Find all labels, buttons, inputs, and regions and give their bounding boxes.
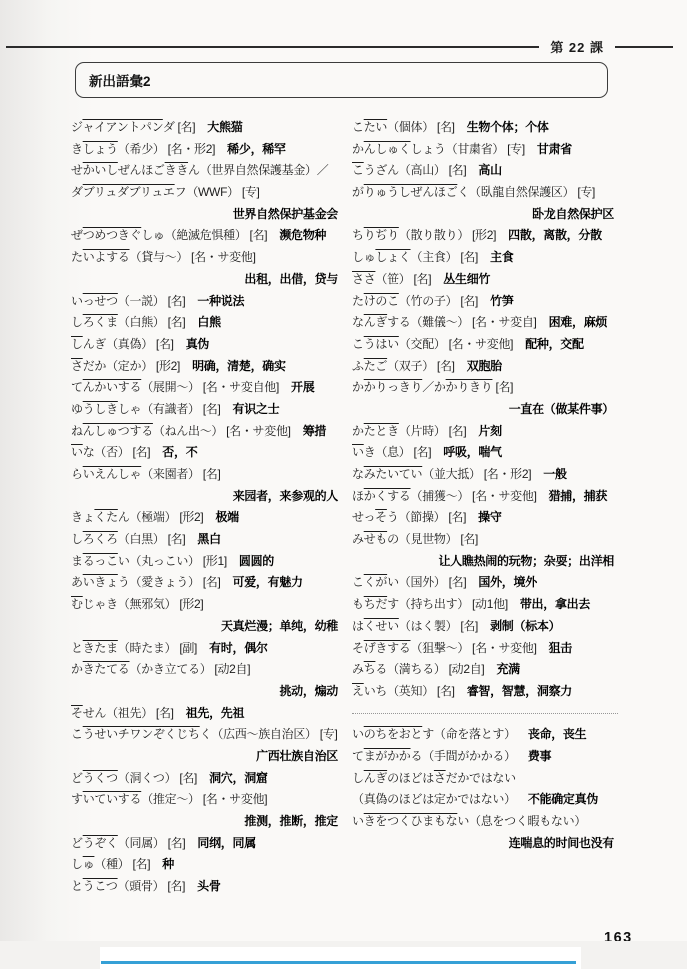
- gloss-cn: 同纲，同属: [197, 836, 256, 850]
- pos-tag: [名・形2]: [168, 142, 216, 156]
- gloss-continuation-line: 出租，出借，贷与: [71, 269, 348, 291]
- pitch-accent-mark: げきする: [364, 641, 411, 655]
- pos-tag: [名・サ変自]: [472, 315, 537, 329]
- gloss-cn: 极端: [215, 510, 238, 524]
- pos-tag: [形2]: [179, 510, 203, 524]
- pitch-accent-mark: くせい: [364, 619, 399, 633]
- pos-tag: [名]: [460, 294, 478, 308]
- pos-tag: [名]: [460, 619, 478, 633]
- headword-jp: しゅ（種）: [71, 857, 130, 871]
- gloss-continuation-line: 世界自然保护基金会: [71, 204, 348, 226]
- vocab-entry-line: ちりぢり（散り散り）[形2]四散，离散，分散: [352, 225, 624, 247]
- vocab-column-right: こたい（個体）[名]生物个体；个体かんしゅくしょう（甘粛省）[专]甘肃省こうざん…: [352, 117, 624, 854]
- pitch-accent-mark: ブリュダブリュエ: [83, 185, 175, 199]
- pitch-accent-mark: そ: [71, 706, 83, 720]
- gloss-cn: 来园者，来参观的人: [233, 489, 338, 503]
- pos-tag: [名・サ変他]: [472, 641, 537, 655]
- pitch-accent-mark: い: [352, 445, 364, 459]
- pos-tag: [名]: [449, 575, 467, 589]
- vocab-entry-line: きょくたん（極端）[形2]极端: [71, 507, 348, 529]
- pos-tag: [名・サ変他]: [449, 337, 514, 351]
- headword-jp: いきをつくひまもない（息をつく暇もない）: [352, 814, 586, 828]
- gloss-cn: 出租，出借，贷与: [244, 272, 338, 286]
- pos-tag: [形2]: [472, 228, 496, 242]
- section-title: 新出語彙2: [89, 70, 151, 90]
- gloss-continuation-line: 天真烂漫；单纯，幼稚: [71, 616, 348, 638]
- headword-jp: ゆうしきしゃ（有識者）: [71, 402, 200, 416]
- headword-jp: いき（息）: [352, 445, 411, 459]
- headword-jp: せっそう（節操）: [352, 510, 445, 524]
- headword-jp: こくがい（国外）: [352, 575, 446, 589]
- pitch-accent-mark: む: [71, 597, 83, 611]
- vocab-entry-line: むじゃき（無邪気）[形2]: [71, 594, 348, 616]
- pos-tag: [名]: [156, 337, 174, 351]
- pitch-accent-mark: たご: [364, 359, 387, 373]
- gloss-cn: 稀少，稀罕: [227, 142, 286, 156]
- pos-tag: [名・サ変自他]: [203, 380, 279, 394]
- headword-jp: みちる（満ちる）: [352, 662, 446, 676]
- vocab-entry-line: もちだす（持ち出す）[动1他]带出，拿出去: [352, 594, 624, 616]
- pos-tag: [专]: [320, 727, 338, 741]
- gloss-continuation-line: 挑动，煽动: [71, 681, 348, 703]
- headword-jp: そせん（祖先）: [71, 706, 153, 720]
- vocab-entry-line: こたい（個体）[名]生物个体；个体: [352, 117, 624, 139]
- gloss-continuation-line: 让人瞧热闹的玩物；杂耍；出洋相: [352, 551, 624, 573]
- headword-jp: かかりっきり／かかりきり: [352, 380, 492, 394]
- gloss-cn: 大熊猫: [207, 120, 242, 134]
- vocab-entry-line: こくがい（国外）[名]国外，境外: [352, 572, 624, 594]
- gloss-cn: 剥制（标本）: [490, 619, 560, 633]
- headword-jp: いのちをおとす（命を落とす）: [352, 727, 516, 741]
- headword-jp: どうくつ（洞くつ）: [71, 771, 176, 785]
- gloss-cn: 连喘息的时间也没有: [509, 836, 614, 850]
- headword-jp: どうぞく（同属）: [71, 836, 165, 850]
- gloss-continuation-line: 来园者，来参观的人: [71, 486, 348, 508]
- vocab-entry-line: とうこつ（頭骨）[名]头骨: [71, 876, 348, 898]
- vocab-column-left: ジャイアントパンダ[名]大熊猫きしょう（希少）[名・形2]稀少，稀罕せかいしぜん…: [71, 117, 348, 898]
- gloss-cn: 困难，麻烦: [549, 315, 608, 329]
- gloss-cn: 充满: [496, 662, 519, 676]
- pitch-accent-mark: かくする: [364, 489, 411, 503]
- headword-jp: まるっこい（丸っこい）: [71, 554, 200, 568]
- pitch-accent-mark: たい: [364, 120, 387, 134]
- headword-jp: むじゃき（無邪気）: [71, 597, 176, 611]
- pos-tag: [名・サ変他]: [472, 489, 537, 503]
- gloss-cn: 不能确定真伪: [528, 792, 598, 806]
- pitch-accent-mark: しょう: [83, 142, 118, 156]
- gloss-cn: 双胞胎: [467, 359, 502, 373]
- gloss-cn: 生物个体；个体: [467, 120, 549, 134]
- gloss-cn: 一般: [543, 467, 566, 481]
- headword-jp: たいよする（貸与～）: [71, 250, 188, 264]
- gloss-cn: 濒危物种: [279, 228, 326, 242]
- vocab-entry-line: しんぎ（真偽）[名]真伪: [71, 334, 348, 356]
- vocab-entry-line: そせん（祖先）[名]祖先，先祖: [71, 703, 348, 725]
- headword-jp: すいていする（推定～）: [71, 792, 200, 806]
- vocab-entry-line: ジャイアントパンダ[名]大熊猫: [71, 117, 348, 139]
- pitch-accent-mark: んしゅく: [364, 142, 411, 156]
- pos-tag: [名]: [167, 879, 185, 893]
- headword-jp: がりゅうしぜんほごく（臥龍自然保護区）: [352, 185, 574, 199]
- pos-tag: [名・サ変他]: [191, 250, 256, 264]
- headword-jp: なみたいてい（並大抵）: [352, 467, 481, 481]
- pos-tag: [名]: [168, 315, 186, 329]
- gloss-cn: 丧命，丧生: [528, 727, 587, 741]
- gloss-cn: 圆圆的: [239, 554, 274, 568]
- vocab-entry-line: しゅ（種）[名]种: [71, 854, 348, 876]
- gloss-cn: 甘肃省: [537, 142, 572, 156]
- gloss-cn: 挑动，煽动: [279, 684, 338, 698]
- gloss-cn: 头骨: [197, 879, 220, 893]
- vocab-entries-right: こたい（個体）[名]生物个体；个体かんしゅくしょう（甘粛省）[专]甘肃省こうざん…: [352, 117, 624, 703]
- pitch-accent-mark: りぢり: [364, 228, 399, 242]
- pitch-accent-mark: きたてる: [83, 662, 130, 676]
- vocab-entry-line: あいきょう（愛きょう）[名]可爱，有魅力: [71, 572, 348, 594]
- headword-jp: えいち（英知）: [352, 684, 434, 698]
- gloss-cn: 广西壮族自治区: [256, 749, 338, 763]
- pitch-accent-mark: うこつ: [83, 879, 118, 893]
- pos-tag: [名]: [133, 857, 151, 871]
- headword-jp: いな（否）: [71, 445, 130, 459]
- vocab-entry-line: かたとき（片時）[名]片刻: [352, 421, 624, 443]
- gloss-cn: 卧龙自然保护区: [532, 207, 614, 221]
- pos-tag: [动2自]: [214, 662, 250, 676]
- headword-jp: いっせつ（一説）: [71, 294, 165, 308]
- gloss-cn: 祖先，先祖: [186, 706, 245, 720]
- pos-tag: [名]: [250, 228, 268, 242]
- pitch-accent-mark: っせつ: [83, 294, 118, 308]
- vocab-entry-line: いな（否）[名]否，不: [71, 442, 348, 464]
- headword-jp: みせもの（見世物）: [352, 532, 457, 546]
- header-rule-right: [615, 46, 673, 48]
- pitch-accent-mark: ろくろ: [83, 532, 118, 546]
- headword-jp: なんぎする（難儀～）: [352, 315, 469, 329]
- pitch-accent-mark: けのこ: [364, 294, 399, 308]
- gloss-cn: 天真烂漫；单纯，幼稚: [221, 619, 338, 633]
- headword-jp: ちりぢり（散り散り）: [352, 228, 469, 242]
- vocab-entry-line: みせもの（見世物）[名]: [352, 529, 624, 551]
- pitch-accent-mark: きたま: [83, 641, 118, 655]
- pitch-accent-mark: うしき: [83, 402, 118, 416]
- vocab-entry-line: こうはい（交配）[名・サ変他]配种，交配: [352, 334, 624, 356]
- gloss-cn: 种: [162, 857, 174, 871]
- pos-tag: [名]: [414, 445, 432, 459]
- pos-tag: [名]: [437, 120, 455, 134]
- pos-tag: [专]: [577, 185, 595, 199]
- headword-jp: ジャイアントパンダ: [71, 120, 175, 134]
- vocab-entry-line: てんかいする（展開～）[名・サ変自他]开展: [71, 377, 348, 399]
- pitch-accent-mark: りゅうしぜんほご: [364, 185, 458, 199]
- vocab-entry-line: てまがかかる（手間がかかる）费事: [352, 746, 624, 768]
- gloss-cn: 主食: [490, 250, 513, 264]
- pos-tag: [名]: [495, 380, 513, 394]
- vocab-entry-line: たいよする（貸与～）[名・サ変他]: [71, 247, 348, 269]
- headword-jp: しろくま（白熊）: [71, 315, 165, 329]
- gloss-cn: 操守: [478, 510, 501, 524]
- pos-tag: [名]: [168, 836, 186, 850]
- headword-jp: あいきょう（愛きょう）: [71, 575, 200, 589]
- gloss-cn: 真伪: [186, 337, 209, 351]
- gloss-cn: 片刻: [478, 424, 501, 438]
- pitch-accent-mark: いよする: [83, 250, 130, 264]
- pitch-accent-mark: え: [352, 684, 364, 698]
- headword-jp: さだか（定か）: [71, 359, 153, 373]
- vocab-entry-line: しゅしょく（主食）[名]主食: [352, 247, 624, 269]
- vocab-entry-line: しろくろ（白黒）[名]黑白: [71, 529, 348, 551]
- headword-jp: ときたま（時たま）: [71, 641, 176, 655]
- dotted-separator: [352, 703, 624, 725]
- pitch-accent-mark: うせいチワンぞくじち: [83, 727, 200, 741]
- gloss-cn: 一种说法: [197, 294, 244, 308]
- pitch-accent-mark: うくつ: [83, 771, 118, 785]
- gloss-cn: 猎捕，捕获: [549, 489, 608, 503]
- headword-jp: かんしゅくしょう（甘粛省）: [352, 142, 504, 156]
- pos-tag: [副]: [179, 641, 197, 655]
- pos-tag: [名]: [133, 445, 151, 459]
- pitch-accent-mark: いえんしゃ: [83, 467, 142, 481]
- pos-tag: [名・形2]: [484, 467, 532, 481]
- vocab-entry-line: しんぎのほどはさだかではない: [352, 768, 624, 790]
- vocab-entry-line: きしょう（希少）[名・形2]稀少，稀罕: [71, 139, 348, 161]
- vocab-entry-line: せかいしぜんほごききん（世界自然保護基金）／: [71, 160, 348, 182]
- headword-jp: とうこつ（頭骨）: [71, 879, 164, 893]
- gloss-cn: 费事: [528, 749, 551, 763]
- headword-jp: こうはい（交配）: [352, 337, 446, 351]
- vocab-entry-line: かんしゅくしょう（甘粛省）[专]甘肃省: [352, 139, 624, 161]
- gloss-cn: 白熊: [197, 315, 220, 329]
- textbook-page: 第 22 課 新出語彙2 ジャイアントパンダ[名]大熊猫きしょう（希少）[名・形…: [0, 0, 687, 969]
- gloss-cn: 开展: [291, 380, 314, 394]
- vocab-entry-line: いき（息）[名]呼吸，喘气: [352, 442, 624, 464]
- vocab-entry-line: ダブリュダブリュエフ（WWF）[专]: [71, 182, 348, 204]
- pos-tag: [名]: [449, 424, 467, 438]
- vocab-entry-line: さだか（定か）[形2]明确，清楚，确实: [71, 356, 348, 378]
- gloss-cn: 世界自然保护基金会: [233, 207, 338, 221]
- pitch-accent-mark: しょく: [375, 250, 410, 264]
- lesson-label: 第 22 課: [550, 37, 604, 56]
- pitch-accent-mark: んしゅつする: [83, 424, 153, 438]
- gloss-cn: 有时，偶尔: [209, 641, 268, 655]
- vocab-entry-line: ときたま（時たま）[副]有时，偶尔: [71, 638, 348, 660]
- pitch-accent-mark: さ: [434, 771, 446, 785]
- headword-jp: てまがかかる（手間がかかる）: [352, 749, 516, 763]
- pos-tag: [名]: [460, 250, 478, 264]
- pitch-accent-mark: きをつくひまもな: [364, 814, 458, 828]
- gloss-cn: 洞穴，洞窟: [209, 771, 268, 785]
- pitch-accent-mark: んぎ: [364, 771, 387, 785]
- pitch-accent-mark: いていする: [83, 792, 142, 806]
- gloss-continuation-line: 广西壮族自治区: [71, 746, 348, 768]
- pitch-accent-mark: みたいてい: [364, 467, 423, 481]
- headword-jp: かたとき（片時）: [352, 424, 446, 438]
- vocab-entry-line: ぜつめつきぐしゅ（絶滅危惧種）[名]濒危物种: [71, 225, 348, 247]
- vocab-entry-line: かきたてる（かき立てる）[动2自]: [71, 659, 348, 681]
- vocab-entry-line: しろくま（白熊）[名]白熊: [71, 312, 348, 334]
- headword-jp: ぜつめつきぐしゅ（絶滅危惧種）: [71, 228, 247, 242]
- gloss-cn: 竹笋: [490, 294, 513, 308]
- headword-jp: ほかくする（捕獲～）: [352, 489, 469, 503]
- vocab-entry-line: まるっこい（丸っこい）[形1]圆圆的: [71, 551, 348, 573]
- pitch-accent-mark: くた: [94, 510, 117, 524]
- vocab-entry-line: こうせいチワンぞくじちく（広西～族自治区）[专]: [71, 724, 348, 746]
- pitch-accent-mark: るっこ: [83, 554, 118, 568]
- pitch-accent-mark: うぞく: [83, 836, 118, 850]
- pitch-accent-mark: ャイアントパン: [82, 120, 162, 134]
- pitch-accent-mark: くが: [364, 575, 387, 589]
- pos-tag: [动1他]: [472, 597, 508, 611]
- vocab-entry-line: せっそう（節操）[名]操守: [352, 507, 624, 529]
- pitch-accent-mark: んかいする: [83, 380, 142, 394]
- pos-tag: [名]: [414, 272, 432, 286]
- vocab-entry-line: がりゅうしぜんほごく（臥龍自然保護区）[专]: [352, 182, 624, 204]
- pos-tag: [名]: [449, 163, 467, 177]
- vocab-entry-line: そげきする（狙撃～）[名・サ変他]狙击: [352, 638, 624, 660]
- pitch-accent-mark: ち: [364, 662, 376, 676]
- pitch-accent-mark: うはい: [364, 337, 399, 351]
- pos-tag: [名]: [437, 359, 455, 373]
- gloss-cn: 带出，拿出去: [520, 597, 590, 611]
- headword-jp: てんかいする（展開～）: [71, 380, 200, 394]
- pitch-accent-mark: かいし: [83, 163, 118, 177]
- pos-tag: [名・サ変他]: [203, 792, 268, 806]
- pitch-accent-mark: ちだ: [364, 597, 387, 611]
- gloss-cn: 明确，清楚，确实: [192, 359, 286, 373]
- gloss-cn: 四散，离散，分散: [508, 228, 602, 242]
- pos-tag: [专]: [507, 142, 525, 156]
- pos-tag: [专]: [242, 185, 260, 199]
- vocab-entry-line: いのちをおとす（命を落とす）丧命，丧生: [352, 724, 624, 746]
- gloss-cn: 丛生细竹: [443, 272, 490, 286]
- headword-jp: もちだす（持ち出す）: [352, 597, 469, 611]
- headword-jp: しゅしょく（主食）: [352, 250, 457, 264]
- headword-jp: はくせい（はく製）: [352, 619, 457, 633]
- pos-tag: [形1]: [203, 554, 227, 568]
- headword-jp: ふたご（双子）: [352, 359, 434, 373]
- pitch-accent-mark: ささ: [352, 272, 375, 286]
- vocab-entry-line: どうぞく（同属）[名]同纲，同属: [71, 833, 348, 855]
- pitch-accent-mark: こ: [352, 163, 364, 177]
- headword-jp: かきたてる（かき立てる）: [71, 662, 211, 676]
- vocab-entry-line: ねんしゅつする（ねん出～）[名・サ変他]筹措: [71, 421, 348, 443]
- vocab-entry-line: ささ（笹）[名]丛生细竹: [352, 269, 624, 291]
- vocab-entry-line: いきをつくひまもない（息をつく暇もない）: [352, 811, 624, 833]
- headword-jp: きょくたん（極端）: [71, 510, 176, 524]
- pos-tag: [名]: [448, 510, 466, 524]
- vocab-entry-line: ふたご（双子）[名]双胞胎: [352, 356, 624, 378]
- pitch-accent-mark: ゅ: [83, 857, 95, 871]
- vocab-entry-line: こうざん（高山）[名]高山: [352, 160, 624, 182]
- pos-tag: [名]: [203, 467, 221, 481]
- gloss-cn: 可爱，有魅力: [233, 575, 303, 589]
- gloss-cn: 黑白: [197, 532, 220, 546]
- page-header: 第 22 課: [6, 37, 673, 56]
- pos-tag: [名]: [179, 771, 197, 785]
- gloss-continuation-line: 连喘息的时间也没有: [352, 833, 624, 855]
- vocab-entry-line: はくせい（はく製）[名]剥制（标本）: [352, 616, 624, 638]
- gloss-cn: 否，不: [162, 445, 197, 459]
- section-title-box: 新出語彙2: [75, 62, 608, 98]
- phrase-list: いのちをおとす（命を落とす）丧命，丧生てまがかかる（手間がかかる）费事しんぎのほ…: [352, 724, 624, 854]
- headword-jp: せかいしぜんほごききん（世界自然保護基金）／: [71, 163, 328, 177]
- vocab-entry-line: えいち（英知）[名]睿智，智慧，洞察力: [352, 681, 624, 703]
- pitch-accent-mark: つめつきぐ: [83, 228, 142, 242]
- gloss-cn: 狙击: [549, 641, 572, 655]
- pitch-accent-mark: せも: [364, 532, 387, 546]
- gloss-continuation-line: 卧龙自然保护区: [352, 204, 624, 226]
- pitch-accent-mark: たとき: [364, 424, 399, 438]
- pos-tag: [名]: [460, 532, 478, 546]
- vocab-entry-line: ほかくする（捕獲～）[名・サ変他]猎捕，捕获: [352, 486, 624, 508]
- headword-jp: こたい（個体）: [352, 120, 434, 134]
- pitch-accent-mark: いきょ: [83, 575, 118, 589]
- headword-jp: ダブリュダブリュエフ（WWF）: [71, 185, 239, 199]
- headword-jp: そげきする（狙撃～）: [352, 641, 469, 655]
- pitch-accent-mark: かりっきり: [364, 380, 423, 394]
- vocab-entry-line: かかりっきり／かかりきり[名]: [352, 377, 624, 399]
- pitch-accent-mark: し: [71, 337, 83, 351]
- pitch-accent-mark: い: [71, 445, 83, 459]
- gloss-cn: 推测，推断，推定: [244, 814, 338, 828]
- vocab-entry-line: （真偽のほどは定かではない）不能确定真伪: [352, 789, 624, 811]
- headword-jp: （真偽のほどは定かではない）: [352, 792, 516, 806]
- pos-tag: [名]: [156, 706, 174, 720]
- header-rule-left: [6, 46, 539, 48]
- vocab-entry-line: ゆうしきしゃ（有識者）[名]有识之士: [71, 399, 348, 421]
- headword-jp: しろくろ（白黒）: [71, 532, 165, 546]
- headword-jp: しんぎのほどはさだかではない: [352, 771, 516, 785]
- pitch-accent-mark: ろくま: [83, 315, 118, 329]
- pitch-accent-mark: きき: [165, 163, 188, 177]
- gloss-cn: 筹措: [303, 424, 326, 438]
- pos-tag: [名]: [203, 402, 221, 416]
- gloss-continuation-line: 推测，推断，推定: [71, 811, 348, 833]
- headword-jp: きしょう（希少）: [71, 142, 165, 156]
- vocab-entry-line: らいえんしゃ（来園者）[名]: [71, 464, 348, 486]
- gloss-cn: 睿智，智慧，洞察力: [467, 684, 572, 698]
- pitch-accent-mark: のちをおと: [364, 727, 423, 741]
- next-page-edge: [100, 947, 581, 969]
- pitch-accent-mark: さ: [71, 359, 83, 373]
- pos-tag: [名・サ変他]: [226, 424, 291, 438]
- headword-jp: ねんしゅつする（ねん出～）: [71, 424, 223, 438]
- headword-jp: こうせいチワンぞくじちく（広西～族自治区）: [71, 727, 317, 741]
- pos-tag: [名]: [178, 120, 196, 134]
- gloss-cn: 国外，境外: [478, 575, 537, 589]
- headword-jp: しんぎ（真偽）: [71, 337, 153, 351]
- blue-divider-line: [101, 961, 576, 964]
- pos-tag: [名]: [168, 532, 186, 546]
- vocab-entry-line: いっせつ（一説）[名]一种说法: [71, 291, 348, 313]
- headword-jp: らいえんしゃ（来園者）: [71, 467, 200, 481]
- vocab-entry-line: みちる（満ちる）[动2自]充满: [352, 659, 624, 681]
- headword-jp: ささ（笹）: [352, 272, 411, 286]
- gloss-cn: 一直在（做某件事）: [509, 402, 614, 416]
- gloss-cn: 高山: [478, 163, 501, 177]
- pos-tag: [动2自]: [449, 662, 485, 676]
- pos-tag: [名]: [203, 575, 221, 589]
- pitch-accent-mark: かりきり: [446, 380, 493, 394]
- pos-tag: [形2]: [179, 597, 203, 611]
- vocab-entry-line: どうくつ（洞くつ）[名]洞穴，洞窟: [71, 768, 348, 790]
- gloss-continuation-line: 一直在（做某件事）: [352, 399, 624, 421]
- pos-tag: [名]: [437, 684, 455, 698]
- pos-tag: [名]: [168, 294, 186, 308]
- gloss-cn: 有识之士: [233, 402, 280, 416]
- headword-jp: こうざん（高山）: [352, 163, 446, 177]
- vocab-entry-line: なんぎする（難儀～）[名・サ変自]困难，麻烦: [352, 312, 624, 334]
- pitch-accent-mark: そ: [375, 510, 387, 524]
- vocab-entry-line: たけのこ（竹の子）[名]竹笋: [352, 291, 624, 313]
